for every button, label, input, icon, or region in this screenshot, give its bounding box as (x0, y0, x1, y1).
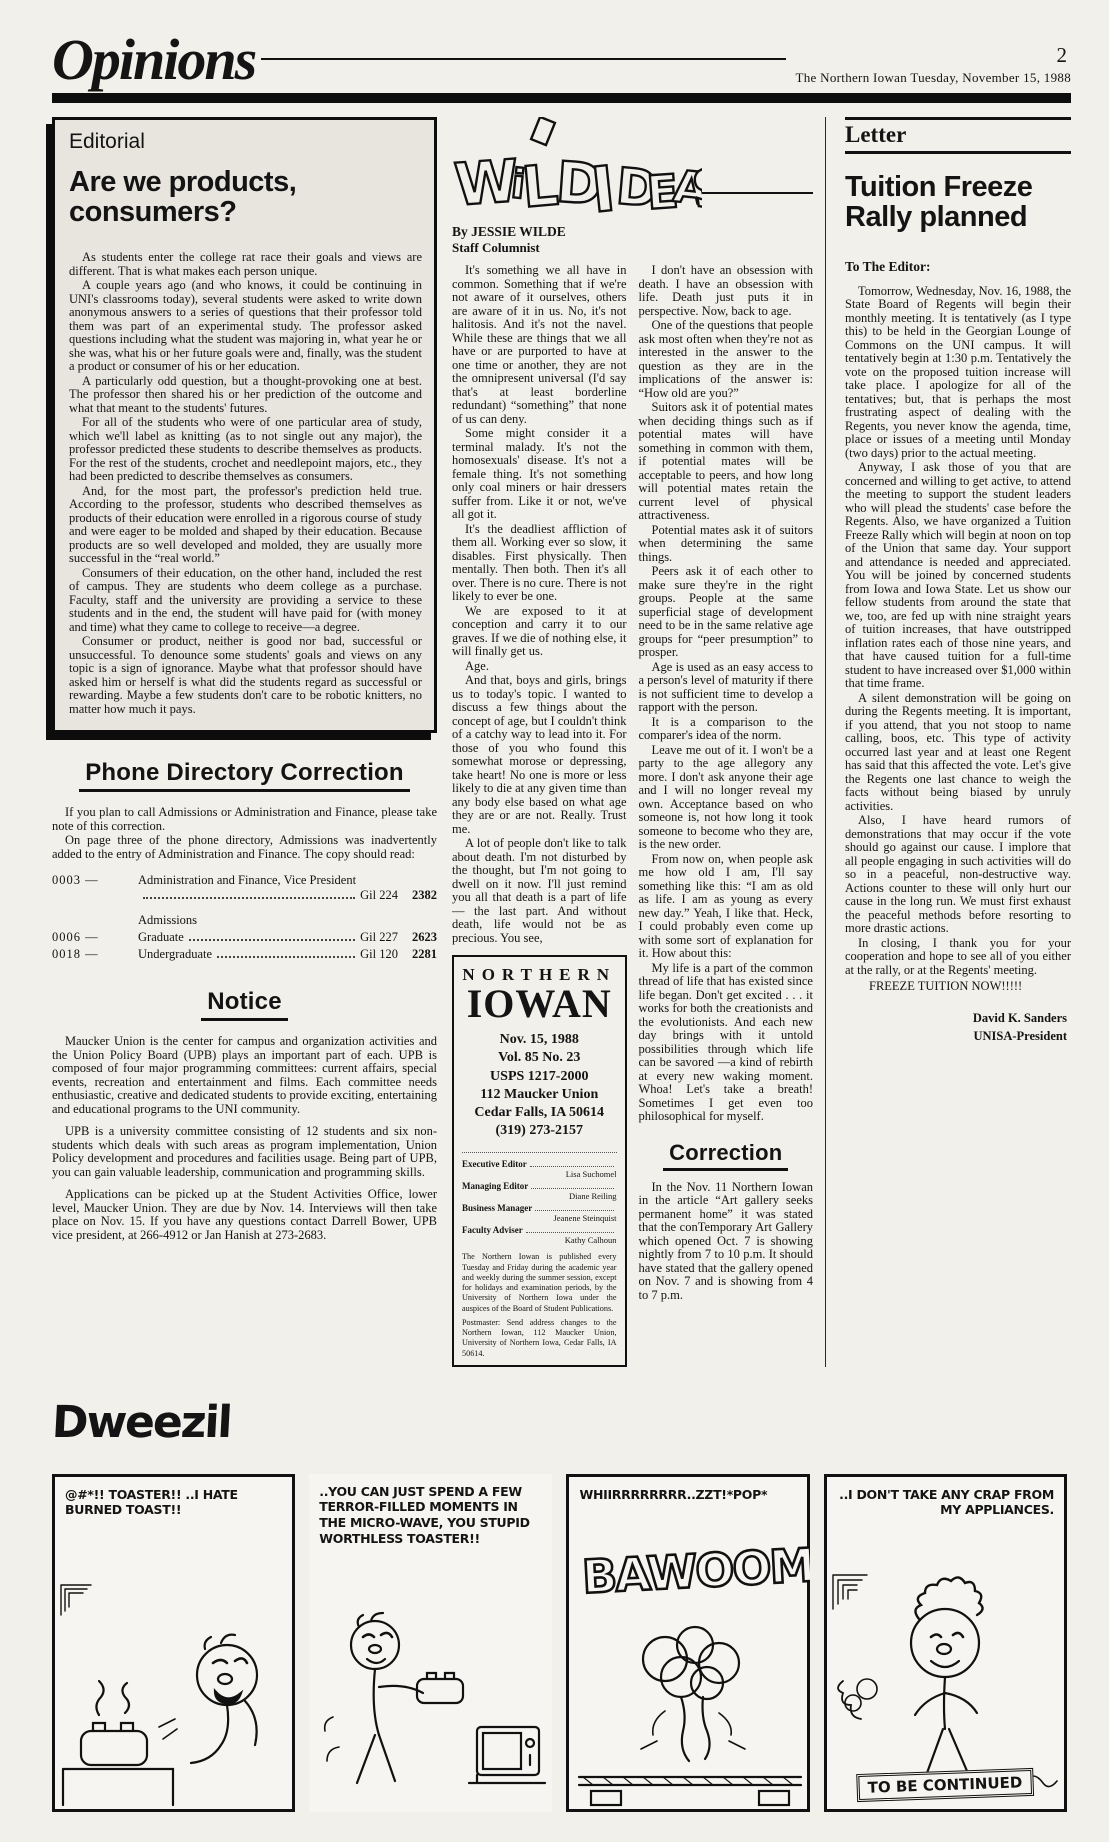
dot-leader (530, 1166, 614, 1167)
paragraph: Also, I have heard rumors of demonstrati… (845, 814, 1071, 936)
paragraph: A silent demonstration will be going on … (845, 692, 1071, 814)
dot-leader (526, 1232, 614, 1233)
paragraph: It is a comparison to the comparer's ide… (639, 716, 814, 743)
columnist-role: Staff Columnist (452, 240, 813, 256)
paragraph: Potential mates ask it of suitors when d… (639, 524, 814, 565)
masthead-staff-list: Executive Editor Lisa Suchomel Managing … (462, 1152, 617, 1247)
comic-section: Dweezil @#*!! TOASTER!! ..I HATE BURNED … (52, 1397, 1071, 1812)
staff-name: Diane Reiling (462, 1191, 617, 1203)
staff-role: Executive Editor (462, 1159, 527, 1169)
newspaper-page: Opinions 2 The Northern Iowan Tuesday, N… (0, 0, 1109, 1842)
paragraph: Age. (452, 660, 627, 674)
directory-location: Gil 120 (360, 947, 398, 962)
staff-name: Kathy Calhoun (462, 1235, 617, 1247)
notice-body: Maucker Union is the center for campus a… (52, 1035, 437, 1242)
comic-panel-3-text: WHIIRRRRRRRR..ZZT!*POP* (569, 1477, 806, 1507)
masthead-title-main: IOWAN (462, 985, 617, 1023)
dot-leader (531, 1188, 613, 1189)
comic-title: Dweezil (51, 1397, 1073, 1448)
editorial-box: Editorial Are we products, consumers? As… (52, 117, 437, 733)
directory-code: 0018 — (52, 947, 138, 962)
letter-signature: David K. Sanders UNISA-President (845, 1010, 1071, 1045)
dot-leader (217, 956, 355, 958)
paragraph: Consumer or product, neither is good nor… (69, 635, 422, 716)
paragraph: One of the questions that people ask mos… (639, 319, 814, 400)
masthead-info-line: USPS 1217-2000 (462, 1068, 617, 1086)
notice-title: Notice (201, 988, 288, 1021)
header-rule (261, 58, 785, 60)
comic-panel-4-text: ..I DON'T TAKE ANY CRAP FROM MY APPLIANC… (827, 1477, 1064, 1522)
masthead-info-line: (319) 273-2157 (462, 1122, 617, 1140)
columnist-byline: By JESSIE WILDE (452, 224, 813, 240)
editorial-body: As students enter the college rat race t… (69, 251, 422, 716)
phone-directory-title: Phone Directory Correction (79, 759, 410, 792)
paragraph: Maucker Union is the center for campus a… (52, 1035, 437, 1116)
paragraph: Tomorrow, Wednesday, Nov. 16, 1988, the … (845, 285, 1071, 461)
section-title: Opinions (52, 34, 261, 86)
directory-row: 0006 — Graduate Gil 227 2623 (52, 930, 437, 945)
dot-leader (535, 1210, 613, 1211)
directory-phone: 2382 (412, 888, 437, 903)
to-be-continued-badge: TO BE CONTINUED (857, 1768, 1035, 1802)
paragraph: It's the deadliest affliction of them al… (452, 523, 627, 604)
bawoom-sfx: BAWOOM (581, 1541, 810, 1604)
dateline: The Northern Iowan Tuesday, November 15,… (796, 70, 1072, 86)
masthead-info-line: 112 Maucker Union (462, 1086, 617, 1104)
directory-phone: 2281 (412, 947, 437, 962)
page-header: Opinions 2 The Northern Iowan Tuesday, N… (52, 34, 1071, 103)
letter-rule-bottom (845, 151, 1071, 154)
comic-panel-2: ..YOU CAN JUST SPEND A FEW TERROR-FILLED… (309, 1474, 552, 1812)
paragraph: Some might consider it a terminal malady… (452, 427, 627, 522)
directory-code: 0003 — (52, 873, 138, 903)
letter-slogan: FREEZE TUITION NOW!!!!! (845, 979, 1071, 994)
page-number: 2 (796, 45, 1072, 66)
staff-row: Business Manager Jeanene Steinquist (462, 1203, 617, 1225)
wild-ideas-column-2: I don't have an obsession with death. I … (639, 264, 814, 1367)
letter-body: Tomorrow, Wednesday, Nov. 16, 1988, the … (845, 285, 1071, 978)
staff-row: Executive Editor Lisa Suchomel (462, 1159, 617, 1181)
paragraph: I don't have an obsession with death. I … (639, 264, 814, 318)
paragraph: Leave me out of it. I won't be a party t… (639, 744, 814, 852)
logo-rule (702, 192, 813, 194)
paragraph: Anyway, I ask those of you that are conc… (845, 461, 1071, 691)
directory-entry-name: Graduate (138, 930, 184, 945)
directory-row: 0003 — Administration and Finance, Vice … (52, 873, 437, 903)
middle-column: W i L D I D E A S By JESSIE WILDE Staff … (452, 117, 826, 1367)
masthead-info-line: Nov. 15, 1988 (462, 1031, 617, 1049)
paragraph: UPB is a university committee consisting… (52, 1125, 437, 1179)
directory-entry-name: Administration and Finance, Vice Preside… (138, 873, 356, 887)
dot-leader (189, 939, 355, 941)
toaster-yelling-drawing (55, 1579, 296, 1809)
comic-panel-1: @#*!! TOASTER!! ..I HATE BURNED TOAST!! (52, 1474, 295, 1812)
paragraph: Peers ask it of each other to make sure … (639, 565, 814, 660)
paragraph: My life is a part of the common thread o… (639, 962, 814, 1124)
comic-strip: @#*!! TOASTER!! ..I HATE BURNED TOAST!! (52, 1474, 1071, 1812)
paragraph: In the Nov. 11 Northern Iowan in the art… (639, 1181, 814, 1303)
directory-group-label: Admissions (138, 913, 437, 928)
header-bar (52, 93, 1071, 103)
directory-phone: 2623 (412, 930, 437, 945)
letter-headline-line2: Rally planned (845, 201, 1027, 233)
masthead-info: Nov. 15, 1988Vol. 85 No. 23USPS 1217-200… (462, 1031, 617, 1140)
paragraph: And that, boys and girls, brings us to t… (452, 674, 627, 836)
paragraph: And, for the most part, the professor's … (69, 485, 422, 566)
paragraph: In closing, I thank you for your coopera… (845, 937, 1071, 978)
paragraph: A lot of people don't like to talk about… (452, 837, 627, 945)
directory-location: Gil 227 (360, 930, 398, 945)
comic-panel-2-text: ..YOU CAN JUST SPEND A FEW TERROR-FILLED… (309, 1474, 552, 1551)
staff-name: Lisa Suchomel (462, 1169, 617, 1181)
letter-headline: Tuition Freeze Rally planned (845, 172, 1071, 232)
directory-rows: 0006 — Graduate Gil 227 2623 0018 — Unde… (52, 930, 437, 962)
staff-row: Faculty Adviser Kathy Calhoun (462, 1225, 617, 1247)
directory-entry-name: Undergraduate (138, 947, 212, 962)
paragraph: On page three of the phone directory, Ad… (52, 834, 437, 861)
paragraph: Consumers of their education, on the oth… (69, 567, 422, 635)
phone-directory-body: If you plan to call Admissions or Admini… (52, 806, 437, 861)
comic-panel-1-text: @#*!! TOASTER!! ..I HATE BURNED TOAST!! (55, 1477, 292, 1522)
wild-ideas-column-1: It's something we all have in common. So… (452, 264, 627, 1367)
explosion-drawing: BAWOOM (569, 1541, 810, 1809)
letter-salutation: To The Editor: (845, 259, 1071, 275)
directory-code: 0006 — (52, 930, 138, 945)
paragraph: As students enter the college rat race t… (69, 251, 422, 278)
editorial-label: Editorial (69, 130, 422, 154)
fine-print-paragraph: Postmaster: Send address changes to the … (462, 1318, 617, 1359)
letter-column: Letter Tuition Freeze Rally planned To T… (841, 117, 1071, 1367)
staff-role: Managing Editor (462, 1181, 528, 1191)
man-carrying-toaster-drawing (309, 1597, 550, 1812)
fine-print-paragraph: The Northern Iowan is published every Tu… (462, 1252, 617, 1314)
paragraph: From now on, when people ask me how old … (639, 853, 814, 961)
phone-directory-section: Phone Directory Correction If you plan t… (52, 759, 437, 962)
paragraph: For all of the students who were of one … (69, 416, 422, 484)
correction-section: Correction In the Nov. 11 Northern Iowan… (639, 1140, 814, 1303)
paragraph: Applications can be picked up at the Stu… (52, 1188, 437, 1242)
masthead-info-line: Cedar Falls, IA 50614 (462, 1104, 617, 1122)
paragraph: A particularly odd question, but a thoug… (69, 375, 422, 416)
masthead-box: NORTHERN IOWAN Nov. 15, 1988Vol. 85 No. … (452, 955, 627, 1367)
editorial-headline: Are we products, consumers? (69, 168, 422, 227)
staff-role: Business Manager (462, 1203, 532, 1213)
letter-label: Letter (845, 120, 1071, 151)
comic-panel-3: WHIIRRRRRRRR..ZZT!*POP* BAWOOM (566, 1474, 809, 1812)
staff-row: Managing Editor Diane Reiling (462, 1181, 617, 1203)
left-column: Editorial Are we products, consumers? As… (52, 117, 437, 1367)
dot-leader (143, 897, 355, 899)
staff-name: Jeanene Steinquist (462, 1213, 617, 1225)
masthead-fine-print: The Northern Iowan is published every Tu… (462, 1252, 617, 1359)
notice-section: Notice Maucker Union is the center for c… (52, 988, 437, 1242)
wild-ideas-logo: W i L D I D E A S (452, 117, 702, 222)
correction-title: Correction (663, 1140, 788, 1171)
staff-role: Faculty Adviser (462, 1225, 523, 1235)
masthead-info-line: Vol. 85 No. 23 (462, 1049, 617, 1067)
paragraph: Age is used as an easy access to a perso… (639, 661, 814, 715)
directory-listing: 0003 — Administration and Finance, Vice … (52, 873, 437, 962)
paragraph: If you plan to call Admissions or Admini… (52, 806, 437, 833)
comic-panel-4: ..I DON'T TAKE ANY CRAP FROM MY APPLIANC… (824, 1474, 1067, 1812)
paragraph: We are exposed to it at conception and c… (452, 605, 627, 659)
directory-location: Gil 224 (360, 888, 398, 903)
paragraph: Suitors ask it of potential mates when d… (639, 401, 814, 523)
signature-title: UNISA-President (845, 1028, 1067, 1046)
directory-row: 0018 — Undergraduate Gil 120 2281 (52, 947, 437, 962)
paragraph: A couple years ago (and who knows, it co… (69, 279, 422, 374)
letter-headline-line1: Tuition Freeze (845, 171, 1032, 203)
paragraph: It's something we all have in common. So… (452, 264, 627, 426)
signature-name: David K. Sanders (845, 1010, 1067, 1028)
